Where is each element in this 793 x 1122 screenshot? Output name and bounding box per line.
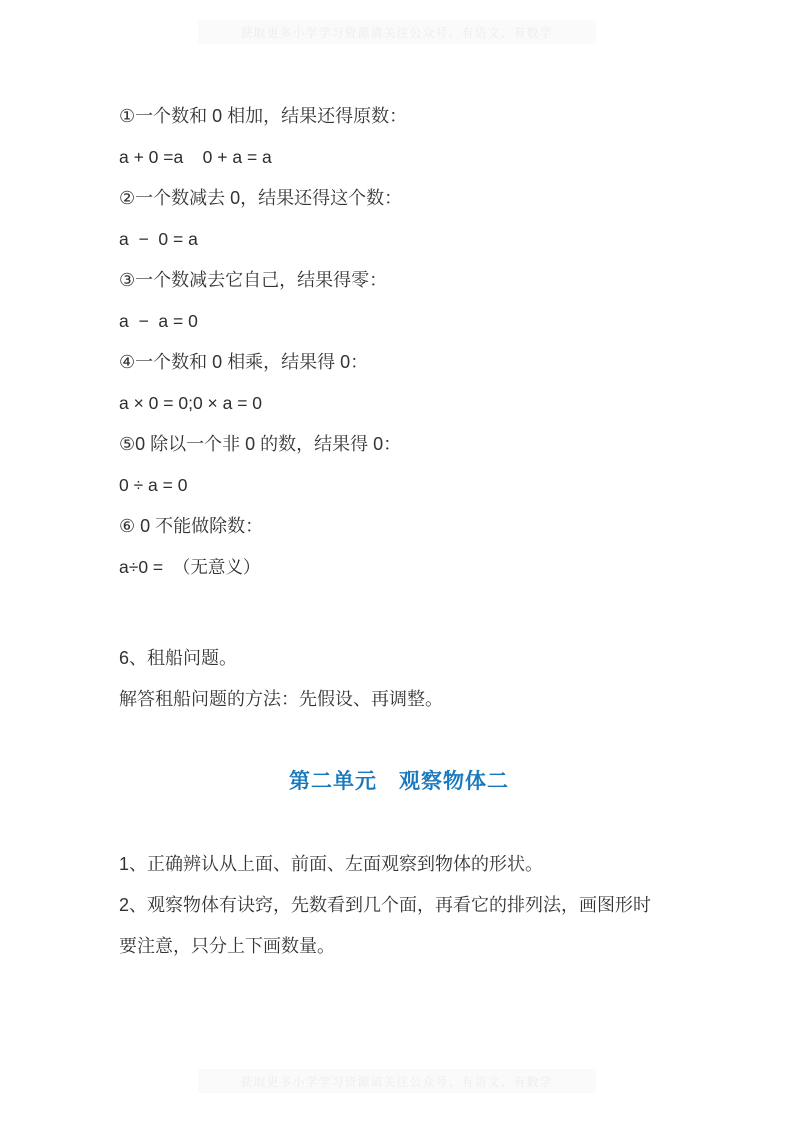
watermark-bottom: 获取更多小学学习资源请关注公众号、有语文、有数学 [198,1069,596,1093]
zero-rule-6: ⑥ 0 不能做除数： [119,506,679,547]
unit2-point-1: 1、正确辨认从上面、前面、左面观察到物体的形状。 [119,844,679,885]
zero-formula-3: a − a = 0 [119,301,679,342]
section-gap [119,720,679,760]
zero-rule-4: ④一个数和 0 相乘，结果得 0： [119,342,679,383]
boat-problem-title: 6、租船问题。 [119,638,679,679]
watermark-bottom-text: 获取更多小学学习资源请关注公众号、有语文、有数学 [240,1073,552,1090]
boat-problem-method: 解答租船问题的方法：先假设、再调整。 [119,679,679,720]
document-page: 获取更多小学学习资源请关注公众号、有语文、有数学 ①一个数和 0 相加，结果还得… [0,0,793,1122]
zero-formula-4: a × 0 = 0;0 × a = 0 [119,383,679,424]
unit2-point-2-line-2: 要注意，只分上下画数量。 [119,926,679,967]
section-gap [119,804,679,844]
unit2-point-2-line-1: 2、观察物体有诀窍，先数看到几个面，再看它的排列法，画图形时 [119,885,679,926]
watermark-top: 获取更多小学学习资源请关注公众号、有语文、有数学 [198,20,596,44]
zero-formula-2: a − 0 = a [119,219,679,260]
zero-formula-6: a÷0 = （无意义） [119,547,679,588]
zero-rule-2: ②一个数减去 0，结果还得这个数： [119,178,679,219]
zero-formula-5: 0 ÷ a = 0 [119,465,679,506]
section-gap [119,588,679,638]
zero-rule-3: ③一个数减去它自己，结果得零： [119,260,679,301]
zero-formula-1: a + 0 =a 0 + a = a [119,137,679,178]
zero-rule-5: ⑤0 除以一个非 0 的数，结果得 0： [119,424,679,465]
watermark-top-text: 获取更多小学学习资源请关注公众号、有语文、有数学 [240,24,552,41]
unit2-heading: 第二单元 观察物体二 [119,760,679,804]
zero-rule-1: ①一个数和 0 相加，结果还得原数： [119,96,679,137]
document-content: ①一个数和 0 相加，结果还得原数： a + 0 =a 0 + a = a ②一… [119,96,679,967]
